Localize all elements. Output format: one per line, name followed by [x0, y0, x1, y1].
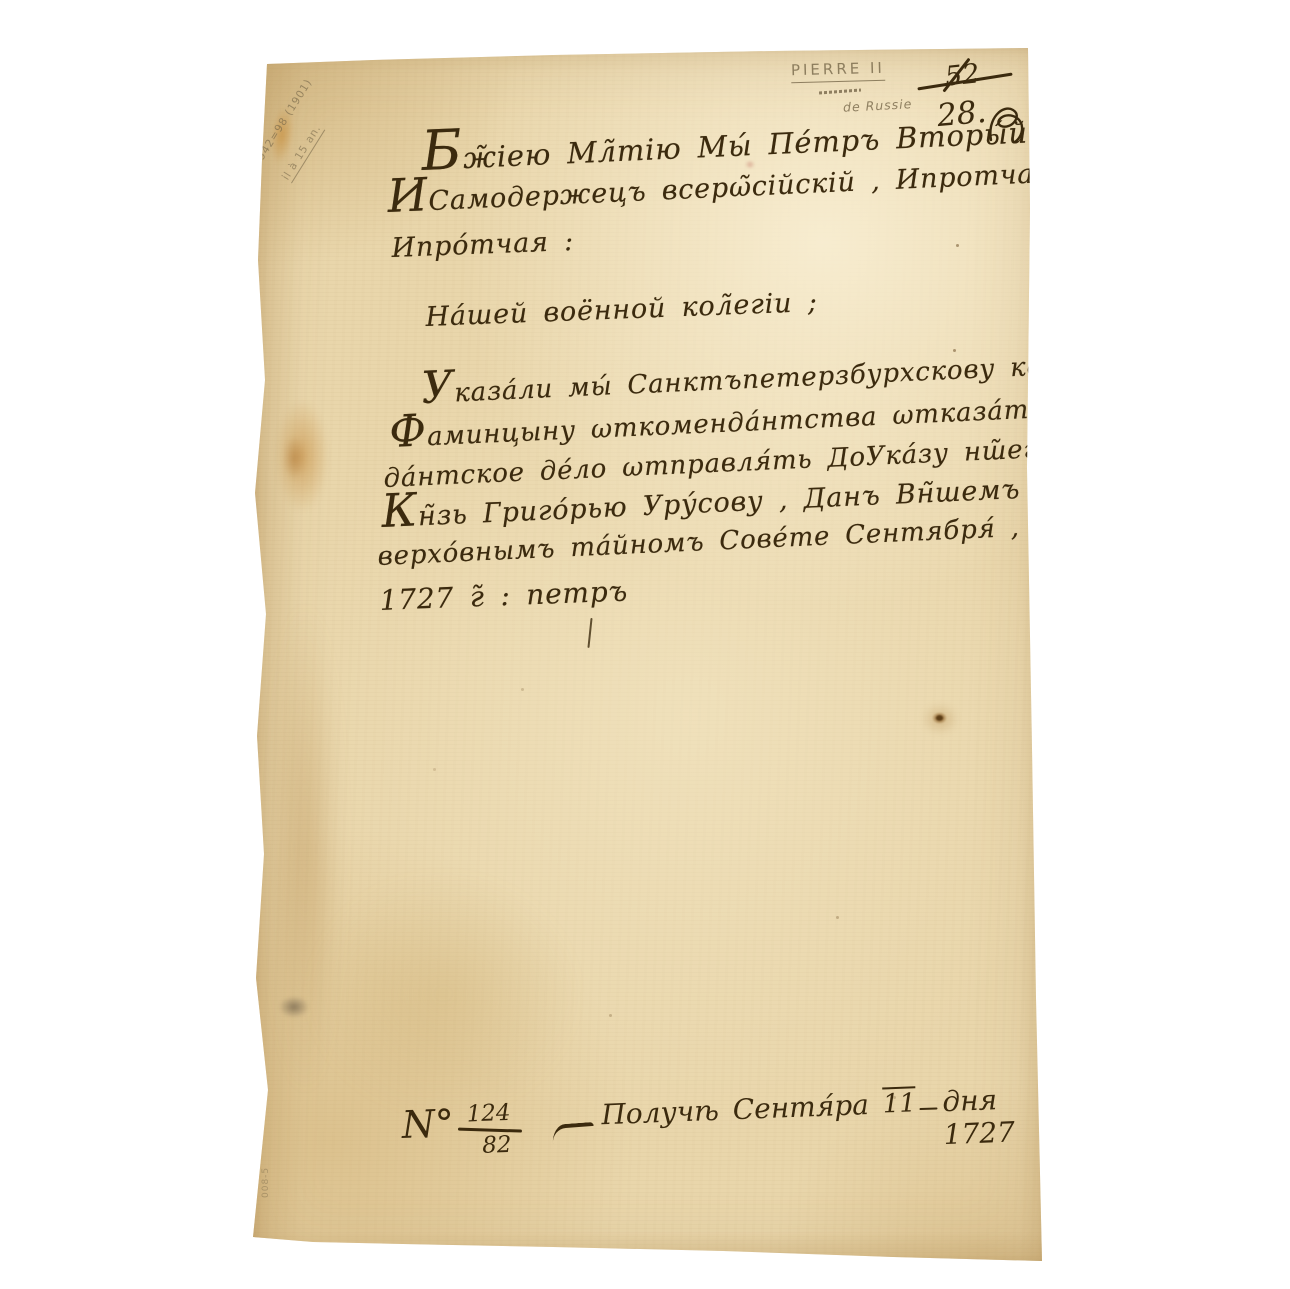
docket-year: дня 1727 — [942, 1081, 1049, 1151]
docket-month: Сентя́ра — [732, 1088, 869, 1126]
stain-orange-mid-left-core — [283, 436, 305, 480]
paper-speck — [953, 349, 956, 352]
pencil-attribution-pierre-ii: PIERRE II — [791, 59, 885, 83]
photo-backdrop: 942=98 (1901) il à 15 an. PIERRE II de R… — [0, 0, 1290, 1289]
manuscript-line-5: Указа́ли мы́ Санктъпетерзбурхскову комен… — [421, 345, 1193, 410]
pen-swash-icon — [552, 1122, 595, 1144]
manuscript-leaf: 942=98 (1901) il à 15 an. PIERRE II de R… — [253, 48, 1045, 1263]
docket-denominator: 82 — [458, 1133, 523, 1158]
paper-speck — [521, 688, 524, 691]
docket-number-label: N° — [401, 1104, 455, 1144]
pencil-attribution-de-russie: de Russie — [843, 96, 913, 115]
manuscript-line-10-date-signature: 1727 г̃ : петръ — [379, 574, 629, 617]
paper-speck — [836, 916, 839, 919]
fraction-bar — [458, 1128, 522, 1133]
signature-flourish-tail — [587, 618, 593, 648]
paper-speck — [609, 1014, 612, 1017]
docket-number-fraction: 124 82 — [457, 1101, 523, 1158]
pencil-spine-mark: 008-5 — [261, 1167, 271, 1198]
stain-ink-fleck — [932, 712, 947, 724]
stain-smudge-left-edge — [279, 996, 309, 1018]
manuscript-line-4-address: На́шей воённой кол̃егiи ; — [425, 287, 818, 333]
manuscript-line-1: Бж̃iею Мл̃тiю Мы́ Пе́тръ Вторы́й , Импер… — [421, 106, 1243, 177]
docket-day: 11 — [882, 1088, 916, 1119]
manuscript-line-3: Ипро́тчая : — [391, 226, 575, 264]
paper-speck — [956, 244, 959, 247]
stain-water-bottom-left — [311, 876, 576, 1111]
pencil-scribble-underline — [819, 89, 861, 95]
docket-received-word: Получѣ — [601, 1094, 720, 1131]
docket-numerator: 124 — [457, 1101, 522, 1129]
pen-dash-mark — [919, 1107, 938, 1110]
flourish-icon — [1053, 1069, 1106, 1125]
paper-speck — [433, 768, 436, 771]
